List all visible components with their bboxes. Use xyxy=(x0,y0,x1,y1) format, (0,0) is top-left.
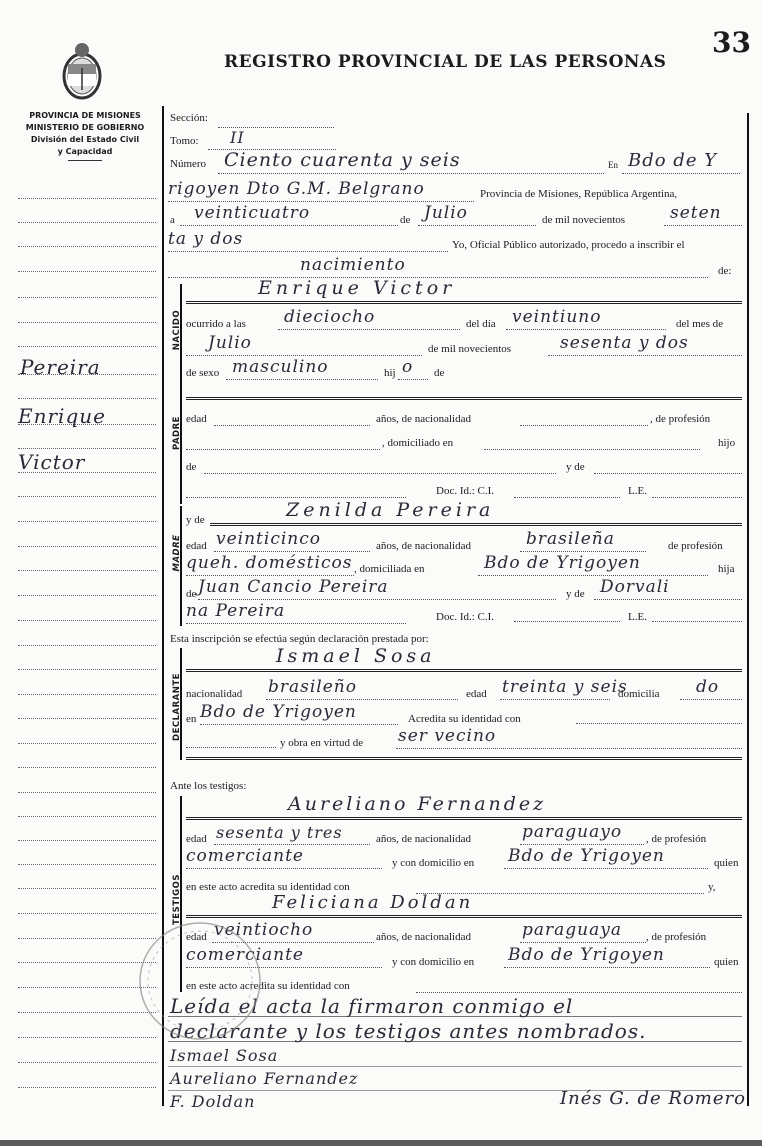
padre-anos-label: años, de nacionalidad xyxy=(376,413,471,425)
tomo-field[interactable]: II xyxy=(208,132,336,150)
madre-edad-field[interactable]: veinticinco xyxy=(214,530,370,552)
margin-surname: Pereira xyxy=(20,355,101,379)
madre-domicilio-field[interactable]: Bdo de Yrigoyen xyxy=(478,554,708,576)
testigos-intro: Ante los testigos: xyxy=(170,780,246,792)
madre-de-label: de xyxy=(186,588,196,600)
officer-text: Yo, Oficial Público autorizado, procedo … xyxy=(452,239,685,251)
issuer-capacity: y Capacidad xyxy=(14,146,156,158)
hij-label: hij xyxy=(384,367,396,379)
padre-name-cont-field[interactable] xyxy=(186,480,406,498)
nacido-name-field[interactable]: Enrique Victor xyxy=(186,282,742,304)
de-label: de xyxy=(400,214,410,226)
witness2-name-field[interactable]: Feliciana Doldan xyxy=(186,896,742,918)
padre-de-label: de xyxy=(186,461,196,473)
nacido-month-field[interactable]: Julio xyxy=(186,334,422,356)
margin-given-name-1: Enrique xyxy=(18,404,106,428)
madre-y-de-label: y de xyxy=(186,514,205,526)
madre-ci-field[interactable] xyxy=(514,604,620,622)
nacido-de-label: de xyxy=(434,367,444,379)
witness2-profesion-label: , de profesión xyxy=(646,931,706,943)
witness1-profesion-field[interactable]: comerciante xyxy=(186,847,382,869)
madre-domicilio-label: , domiciliada en xyxy=(354,563,425,575)
witness1-domicilio-label: y con domicilio en xyxy=(392,857,474,869)
witness1-quien-label: quien xyxy=(714,857,738,869)
seccion-label: Sección: xyxy=(170,112,208,124)
madre-section-label: MADRE xyxy=(172,528,182,578)
nacido-year-field[interactable]: sesenta y dos xyxy=(548,334,742,356)
declarante-en-label: en xyxy=(186,713,196,725)
hij-field[interactable]: o xyxy=(398,358,428,380)
witness2-acredita-field[interactable] xyxy=(416,975,742,993)
official-seal-stamp-icon xyxy=(130,916,270,1046)
witness2-anos-label: años, de nacionalidad xyxy=(376,931,471,943)
seccion-field[interactable] xyxy=(218,110,334,128)
argentina-coat-of-arms-icon xyxy=(58,38,106,102)
place-field-2[interactable]: rigoyen Dto G.M. Belgrano xyxy=(168,180,474,202)
signature-declarante: Ismael Sosa xyxy=(170,1046,278,1065)
issuer-block: PROVINCIA DE MISIONES MINISTERIO DE GOBI… xyxy=(14,110,156,161)
witness1-domicilio-field[interactable]: Bdo de Yrigoyen xyxy=(504,847,708,869)
del-dia-label: del día xyxy=(466,318,496,330)
witness2-domicilio-label: y con domicilio en xyxy=(392,956,474,968)
act-type-field[interactable]: nacimiento xyxy=(168,256,708,278)
witness2-nacionalidad-field[interactable]: paraguaya xyxy=(520,921,646,943)
padre-profesion-field[interactable] xyxy=(186,432,380,450)
madre-edad-label: edad xyxy=(186,540,207,552)
madre-parent1-field[interactable]: Juan Cancio Pereira xyxy=(198,578,556,600)
numero-field[interactable]: Ciento cuarenta y seis xyxy=(218,152,604,174)
madre-parent2-field-2[interactable]: na Pereira xyxy=(186,602,406,624)
closing-line-rule-3 xyxy=(168,1066,742,1067)
declarante-domicilia-suffix[interactable]: do xyxy=(680,678,742,700)
en-label: En xyxy=(608,160,618,170)
declarante-edad-field[interactable]: treinta y seis xyxy=(500,678,610,700)
padre-section-label: PADRE xyxy=(172,408,182,458)
padre-domicilio-field[interactable] xyxy=(484,432,700,450)
year-label: de mil novecientos xyxy=(542,214,625,226)
madre-parent2-field-1[interactable]: Dorvali xyxy=(594,578,742,600)
witness1-name-field[interactable]: Aureliano Fernandez xyxy=(186,798,742,820)
margin-given-name-2: Victor xyxy=(18,450,85,474)
signature-witness-1: Aureliano Fernandez xyxy=(170,1069,358,1088)
madre-doc-label: Doc. Id.: C.I. xyxy=(436,611,494,623)
declarante-domicilio-field[interactable]: Bdo de Yrigoyen xyxy=(200,703,398,725)
witness2-domicilio-field[interactable]: Bdo de Yrigoyen xyxy=(504,946,710,968)
witness1-y-label: y, xyxy=(708,881,716,893)
madre-profesion-label: de profesión xyxy=(668,540,723,552)
padre-divider xyxy=(186,396,742,400)
padre-y-de-label: y de xyxy=(566,461,585,473)
padre-doc-label: Doc. Id.: C.I. xyxy=(436,485,494,497)
hour-field[interactable]: dieciocho xyxy=(278,308,460,330)
de-colon-label: de: xyxy=(718,265,731,277)
witness1-nacionalidad-field[interactable]: paraguayo xyxy=(520,823,644,845)
madre-le-field[interactable] xyxy=(652,604,742,622)
witness1-anos-label: años, de nacionalidad xyxy=(376,833,471,845)
padre-le-label: L.E. xyxy=(628,485,647,497)
issuer-province: PROVINCIA DE MISIONES xyxy=(14,110,156,122)
madre-le-label: L.E. xyxy=(628,611,647,623)
madre-anos-label: años, de nacionalidad xyxy=(376,540,471,552)
province-text: Provincia de Misiones, República Argenti… xyxy=(480,188,677,200)
declarante-acredita-field[interactable] xyxy=(576,706,742,724)
main-right-border xyxy=(747,113,749,1106)
place-field-1[interactable]: Bdo de Y xyxy=(622,152,740,174)
sexo-field[interactable]: masculino xyxy=(226,358,378,380)
witness1-edad-label: edad xyxy=(186,833,207,845)
nacido-day-field[interactable]: veintiuno xyxy=(506,308,666,330)
year-field-1[interactable]: seten xyxy=(664,204,742,226)
declarante-obra-label: y obra en virtud de xyxy=(280,737,363,749)
witness1-edad-field[interactable]: sesenta y tres xyxy=(214,823,370,845)
declarante-bottom-divider xyxy=(186,756,742,760)
declarante-acredita-label: Acredita su identidad con xyxy=(408,713,521,725)
declarante-domicilia-label: domicilia xyxy=(618,688,660,700)
padre-parent1-field[interactable] xyxy=(204,456,556,474)
declarante-name-field[interactable]: Ismael Sosa xyxy=(186,650,742,672)
issuer-ministry: MINISTERIO DE GOBIERNO xyxy=(14,122,156,134)
del-mes-label: del mes de xyxy=(676,318,723,330)
year-field-2[interactable]: ta y dos xyxy=(168,230,448,252)
declarante-acredita-cont-field[interactable] xyxy=(186,730,276,748)
padre-le-field[interactable] xyxy=(652,480,742,498)
witness2-quien-label: quien xyxy=(714,956,738,968)
witness1-profesion-label: , de profesión xyxy=(646,833,706,845)
madre-y-de2-label: y de xyxy=(566,588,585,600)
tomo-label: Tomo: xyxy=(170,135,199,147)
madre-hija-label: hija xyxy=(718,563,735,575)
day-field[interactable]: veinticuatro xyxy=(180,204,398,226)
ocurrido-label: ocurrido a las xyxy=(186,318,246,330)
padre-domicilio-label: , domiciliado en xyxy=(382,437,453,449)
madre-profesion-field[interactable]: queh. domésticos xyxy=(186,554,354,576)
padre-ci-field[interactable] xyxy=(514,480,620,498)
madre-nacionalidad-field[interactable]: brasileña xyxy=(520,530,646,552)
declaration-intro: Esta inscripción se efectúa según declar… xyxy=(170,633,429,645)
padre-edad-field[interactable] xyxy=(214,408,370,426)
padre-edad-label: edad xyxy=(186,413,207,425)
declarante-nacionalidad-field[interactable]: brasileño xyxy=(266,678,458,700)
sexo-label: de sexo xyxy=(186,367,219,379)
madre-name-field[interactable]: Zenilda Pereira xyxy=(210,504,742,526)
declarante-section-label: DECLARANTE xyxy=(172,672,182,742)
a-label: a xyxy=(170,214,175,226)
padre-profesion-label: , de profesión xyxy=(650,413,710,425)
month-field[interactable]: Julio xyxy=(418,204,536,226)
padre-nacionalidad-field[interactable] xyxy=(520,408,648,426)
signature-officer: Inés G. de Romero xyxy=(560,1088,746,1109)
page-bottom-edge xyxy=(0,1140,762,1146)
declarante-edad-label: edad xyxy=(466,688,487,700)
page-title: REGISTRO PROVINCIAL DE LAS PERSONAS xyxy=(224,52,666,72)
nacido-year-label: de mil novecientos xyxy=(428,343,511,355)
padre-parent2-field[interactable] xyxy=(594,456,742,474)
padre-hijo-label: hijo xyxy=(718,437,735,449)
issuer-division: División del Estado Civil xyxy=(14,134,156,146)
declarante-nacionalidad-label: nacionalidad xyxy=(186,688,242,700)
declarante-obra-field[interactable]: ser vecino xyxy=(396,727,742,749)
issuer-underline xyxy=(68,160,102,161)
nacido-section-label: NACIDO xyxy=(172,305,182,355)
page-number: 33 xyxy=(712,26,751,59)
signature-witness-2: F. Doldan xyxy=(170,1092,255,1111)
numero-label: Número xyxy=(170,158,206,170)
